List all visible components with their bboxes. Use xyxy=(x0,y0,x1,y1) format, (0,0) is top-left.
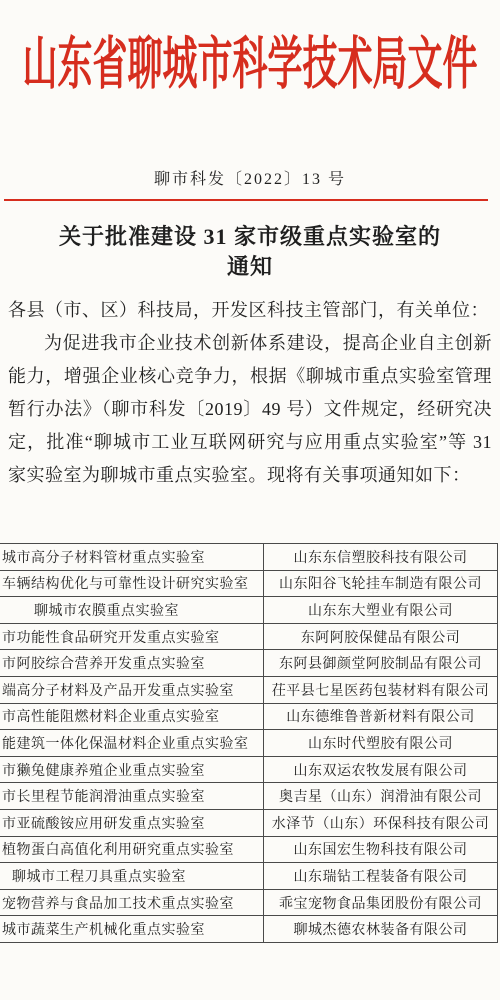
table-row: 聊城市工程刀具重点实验室山东瑞钻工程装备有限公司 xyxy=(0,863,498,890)
lab-name-cell: 市高性能阻燃材料企业重点实验室 xyxy=(0,703,264,730)
table-row: 端高分子材料及产品开发重点实验室茌平县七星医药包装材料有限公司 xyxy=(0,676,498,703)
document-body: 各县（市、区）科技局，开发区科技主管部门，有关单位： 为促进我市企业技术创新体系… xyxy=(8,294,492,492)
company-name-cell: 茌平县七星医药包装材料有限公司 xyxy=(264,676,498,703)
lab-name-cell: 市功能性食品研究开发重点实验室 xyxy=(0,623,264,650)
salutation-line: 各县（市、区）科技局，开发区科技主管部门，有关单位： xyxy=(8,294,492,327)
document-number: 聊市科发〔2022〕13 号 xyxy=(0,166,500,189)
agency-header-title: 山东省聊城市科学技术局文件 xyxy=(0,20,500,101)
company-name-cell: 乖宝宠物食品集团股份有限公司 xyxy=(264,889,498,916)
table-row: 宠物营养与食品加工技术重点实验室乖宝宠物食品集团股份有限公司 xyxy=(0,889,498,916)
company-name-cell: 山东国宏生物科技有限公司 xyxy=(264,836,498,863)
body-paragraph: 为促进我市企业技术创新体系建设，提高企业自主创新能力，增强企业核心竞争力，根据《… xyxy=(8,327,492,492)
table-row: 市獭兔健康养殖企业重点实验室山东双运农牧发展有限公司 xyxy=(0,756,498,783)
table-row: 能建筑一体化保温材料企业重点实验室山东时代塑胶有限公司 xyxy=(0,730,498,757)
company-name-cell: 山东德维鲁普新材料有限公司 xyxy=(264,703,498,730)
lab-name-cell: 宠物营养与食品加工技术重点实验室 xyxy=(0,889,264,916)
company-name-cell: 山东东大塑业有限公司 xyxy=(264,597,498,624)
company-name-cell: 东阿阿胶保健品有限公司 xyxy=(264,623,498,650)
red-divider-line xyxy=(4,199,488,201)
lab-name-cell: 市亚硫酸铵应用研发重点实验室 xyxy=(0,809,264,836)
table-row: 市亚硫酸铵应用研发重点实验室水泽节（山东）环保科技有限公司 xyxy=(0,809,498,836)
lab-table-body: 城市高分子材料管材重点实验室山东东信塑胶科技有限公司车辆结构优化与可靠性设计研究… xyxy=(0,544,498,943)
document-title: 关于批准建设 31 家市级重点实验室的 通知 xyxy=(0,222,500,282)
table-row: 市高性能阻燃材料企业重点实验室山东德维鲁普新材料有限公司 xyxy=(0,703,498,730)
lab-name-cell: 车辆结构优化与可靠性设计研究实验室 xyxy=(0,570,264,597)
table-row: 市长里程节能润滑油重点实验室奥吉星（山东）润滑油有限公司 xyxy=(0,783,498,810)
table-row: 市阿胶综合营养开发重点实验室东阿县御颜堂阿胶制品有限公司 xyxy=(0,650,498,677)
company-name-cell: 山东阳谷飞轮挂车制造有限公司 xyxy=(264,570,498,597)
company-name-cell: 水泽节（山东）环保科技有限公司 xyxy=(264,809,498,836)
table-row: 城市蔬菜生产机械化重点实验室聊城杰德农林装备有限公司 xyxy=(0,916,498,943)
company-name-cell: 聊城杰德农林装备有限公司 xyxy=(264,916,498,943)
table-row: 市功能性食品研究开发重点实验室东阿阿胶保健品有限公司 xyxy=(0,623,498,650)
lab-table-container: 城市高分子材料管材重点实验室山东东信塑胶科技有限公司车辆结构优化与可靠性设计研究… xyxy=(0,543,497,943)
lab-name-cell: 聊城市农膜重点实验室 xyxy=(0,597,264,624)
company-name-cell: 东阿县御颜堂阿胶制品有限公司 xyxy=(264,650,498,677)
document-title-line1: 关于批准建设 31 家市级重点实验室的 xyxy=(0,222,500,252)
lab-name-cell: 能建筑一体化保温材料企业重点实验室 xyxy=(0,730,264,757)
table-row: 植物蛋白高值化利用研究重点实验室山东国宏生物科技有限公司 xyxy=(0,836,498,863)
lab-name-cell: 城市蔬菜生产机械化重点实验室 xyxy=(0,916,264,943)
lab-name-cell: 市獭兔健康养殖企业重点实验室 xyxy=(0,756,264,783)
company-name-cell: 山东时代塑胶有限公司 xyxy=(264,730,498,757)
lab-name-cell: 端高分子材料及产品开发重点实验室 xyxy=(0,676,264,703)
document-title-line2: 通知 xyxy=(0,252,500,282)
company-name-cell: 山东东信塑胶科技有限公司 xyxy=(264,544,498,571)
company-name-cell: 山东瑞钻工程装备有限公司 xyxy=(264,863,498,890)
lab-name-cell: 城市高分子材料管材重点实验室 xyxy=(0,544,264,571)
lab-name-cell: 植物蛋白高值化利用研究重点实验室 xyxy=(0,836,264,863)
table-row: 聊城市农膜重点实验室山东东大塑业有限公司 xyxy=(0,597,498,624)
table-row: 城市高分子材料管材重点实验室山东东信塑胶科技有限公司 xyxy=(0,544,498,571)
company-name-cell: 山东双运农牧发展有限公司 xyxy=(264,756,498,783)
lab-approval-table: 城市高分子材料管材重点实验室山东东信塑胶科技有限公司车辆结构优化与可靠性设计研究… xyxy=(0,543,498,943)
lab-name-cell: 聊城市工程刀具重点实验室 xyxy=(0,863,264,890)
lab-name-cell: 市阿胶综合营养开发重点实验室 xyxy=(0,650,264,677)
lab-name-cell: 市长里程节能润滑油重点实验室 xyxy=(0,783,264,810)
company-name-cell: 奥吉星（山东）润滑油有限公司 xyxy=(264,783,498,810)
table-row: 车辆结构优化与可靠性设计研究实验室山东阳谷飞轮挂车制造有限公司 xyxy=(0,570,498,597)
